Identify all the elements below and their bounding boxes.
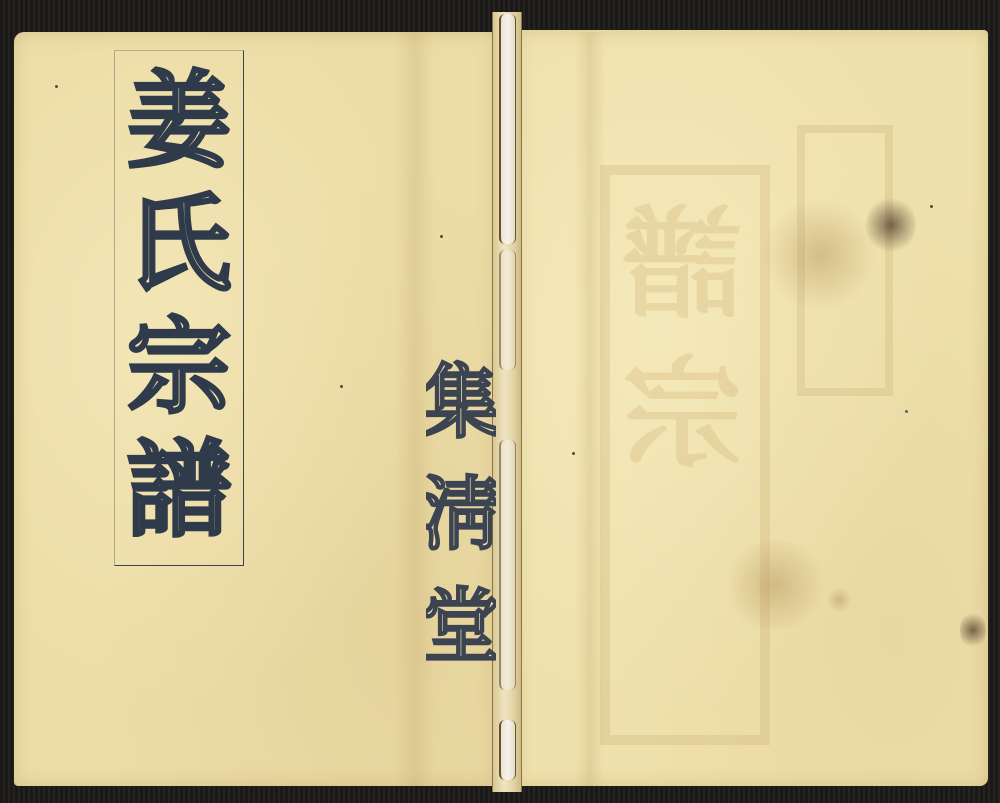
speck [572,452,575,455]
title-text: 姜 氏 宗 譜 [115,59,243,551]
hall-char: 集 [426,346,496,458]
spine-tear-upper [499,14,516,244]
title-label: 姜 氏 宗 譜 [114,50,244,566]
hall-char: 堂 [426,570,496,682]
hall-char: 淸 [426,458,496,570]
speck [905,410,908,413]
title-char: 氏 [127,182,231,305]
ghost-glyph: 宗 [622,340,742,490]
dark-stain [960,610,986,650]
spine-tear-bottom [499,720,516,780]
spine-tear-lower [499,440,516,690]
dark-stain [866,195,916,255]
foxing-stain [720,540,830,630]
speck [55,85,58,88]
speck [440,235,443,238]
foxing-stain [760,200,880,310]
bleed-through-text: 譜 宗 [612,190,752,490]
title-char: 譜 [127,428,231,551]
ghost-glyph: 譜 [622,190,742,340]
speck [340,385,343,388]
foxing-stain [826,588,852,612]
title-char: 宗 [127,305,231,428]
hall-name: 集 淸 堂 [426,346,496,682]
speck [930,205,933,208]
spine-tear-middle [499,250,516,370]
title-char: 姜 [127,59,231,182]
